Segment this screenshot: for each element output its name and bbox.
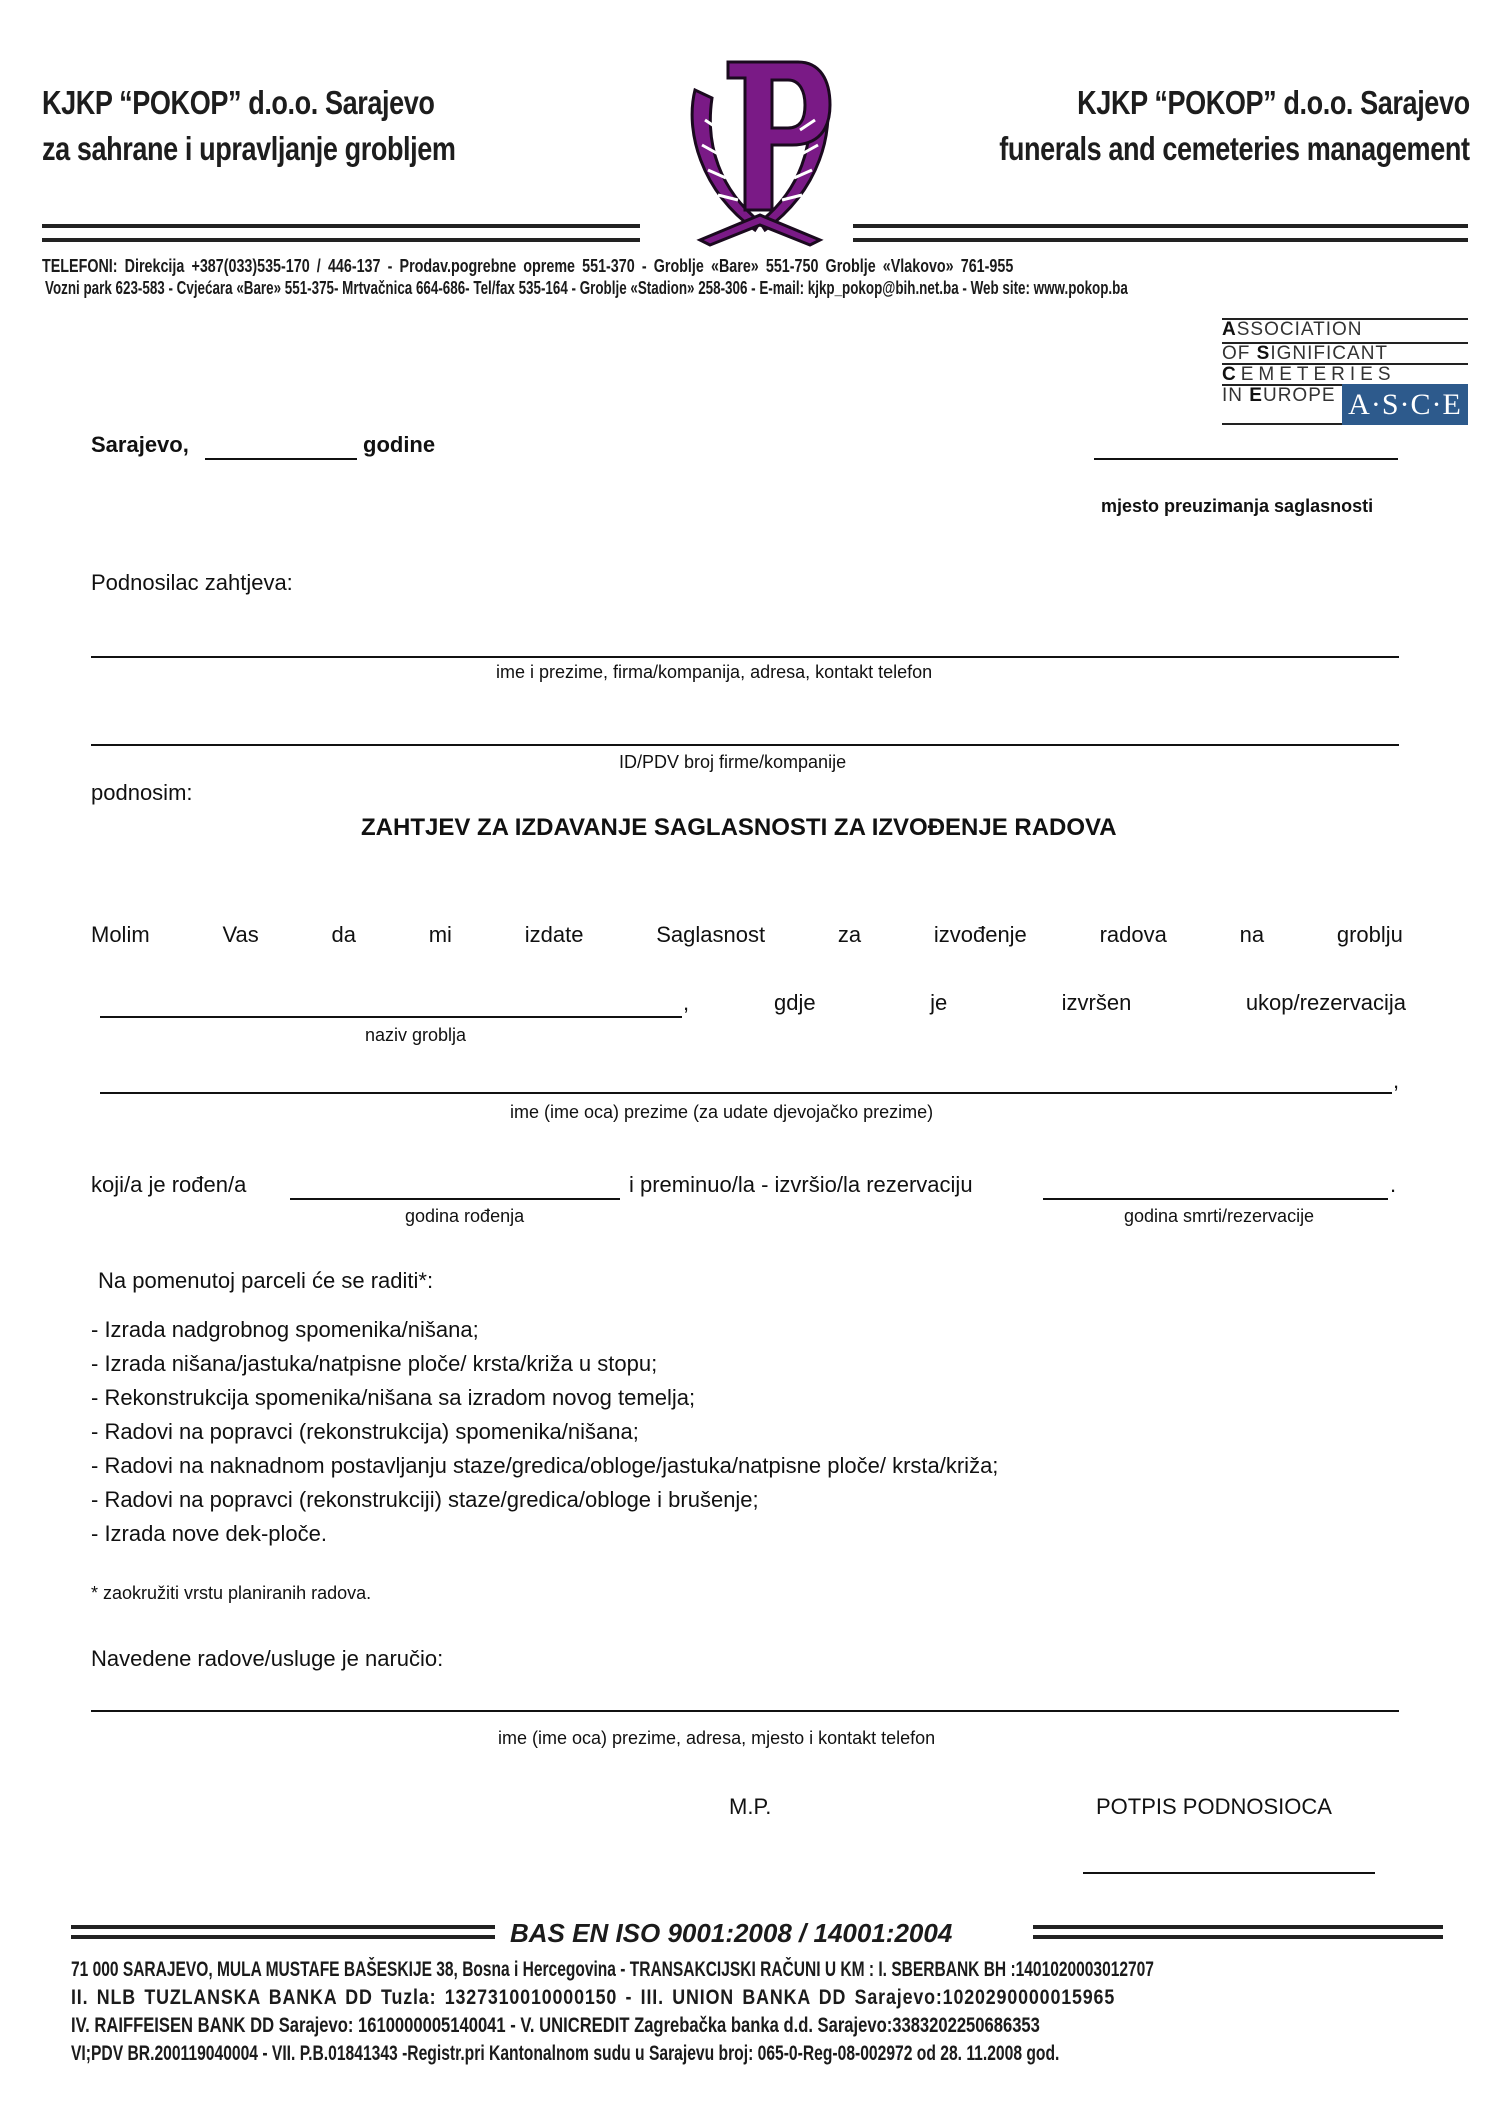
signature-field[interactable] — [1083, 1872, 1375, 1874]
asce-text: IN — [1222, 385, 1249, 406]
footer-bank-line-3: IV. RAIFFEISEN BANK DD Sarajevo: 1610000… — [71, 2014, 1040, 2038]
work-option[interactable]: - Radovi na naknadnom postavljanju staze… — [91, 1449, 998, 1483]
birth-year-field[interactable] — [290, 1198, 620, 1200]
asce-badge: A·S·C·E — [1342, 384, 1468, 425]
id-pdv-caption: ID/PDV broj firme/kompanije — [619, 752, 846, 773]
stamp-label: M.P. — [729, 1794, 771, 1820]
died-label: i preminuo/la - izvršio/la rezervaciju — [629, 1172, 973, 1198]
works-note: * zaokružiti vrstu planiranih radova. — [91, 1583, 371, 1604]
place-caption: mjesto preuzimanja saglasnosti — [1101, 496, 1373, 517]
applicant-label: Podnosilac zahtjeva: — [91, 570, 293, 596]
request-word: izdate — [525, 922, 584, 948]
asce-text: UROPE — [1263, 385, 1336, 406]
date-field[interactable] — [205, 458, 357, 460]
asce-badge-text: A·S·C·E — [1348, 388, 1462, 421]
end-period: . — [1390, 1172, 1396, 1198]
contact-info-line: Vozni park 623-583 - Cvjećara «Bare» 551… — [45, 278, 1128, 299]
request-word: na — [1240, 922, 1264, 948]
company-name-right: KJKP “POKOP” d.o.o. Sarajevo — [1077, 84, 1470, 122]
footer-address: 71 000 SARAJEVO, MULA MUSTAFE BAŠESKIJE … — [71, 1958, 1154, 1982]
request-word: da — [331, 922, 355, 948]
company-subtitle-right: funerals and cemeteries management — [1000, 130, 1470, 168]
burial-word: ukop/rezervacija — [1246, 990, 1406, 1016]
submit-label: podnosim: — [91, 780, 193, 806]
request-word: groblju — [1337, 922, 1403, 948]
cemetery-name-field[interactable] — [100, 1016, 682, 1018]
asce-logo: ASSOCIATION OF SIGNIFICANT CEMETERIES IN… — [1222, 312, 1468, 430]
footer-rule-right-1 — [1033, 1925, 1443, 1929]
year-suffix: godine — [363, 432, 435, 458]
work-option[interactable]: - Radovi na popravci (rekonstrukcija) sp… — [91, 1415, 998, 1449]
request-word: radova — [1100, 922, 1167, 948]
signature-label: POTPIS PODNOSIOCA — [1096, 1794, 1332, 1820]
ordered-label: Navedene radove/usluge je naručio: — [91, 1646, 443, 1672]
footer-rule-right-2 — [1033, 1935, 1443, 1939]
footer-bank-line-2: II. NLB TUZLANSKA BANKA DD Tuzla: 132731… — [71, 1986, 1115, 2010]
request-word: za — [838, 922, 861, 948]
asce-initial: E — [1249, 385, 1263, 406]
birth-caption: godina rođenja — [405, 1206, 524, 1227]
applicant-field[interactable] — [91, 656, 1399, 658]
burial-word: izvršen — [1062, 990, 1132, 1016]
death-year-field[interactable] — [1043, 1198, 1388, 1200]
asce-initial: S — [1257, 343, 1271, 364]
death-caption: godina smrti/rezervacije — [1124, 1206, 1314, 1227]
request-sentence: Molim Vas da mi izdate Saglasnost za izv… — [91, 922, 1403, 948]
request-word: izvođenje — [934, 922, 1027, 948]
pokop-logo-icon — [660, 50, 860, 250]
asce-text: IGNIFICANT — [1270, 343, 1388, 364]
company-name-left: KJKP “POKOP” d.o.o. Sarajevo — [42, 84, 435, 122]
ordered-by-field[interactable] — [91, 1710, 1399, 1712]
ordered-caption: ime (ime oca) prezime, adresa, mjesto i … — [498, 1728, 935, 1749]
asce-initial: C — [1222, 364, 1241, 385]
work-option[interactable]: - Rekonstrukcija spomenika/nišana sa izr… — [91, 1381, 998, 1415]
company-subtitle-left: za sahrane i upravljanje grobljem — [42, 130, 456, 168]
burial-word: gdje — [774, 990, 816, 1016]
work-option[interactable]: - Izrada nove dek-ploče. — [91, 1517, 998, 1551]
header-rule-right-1 — [853, 224, 1468, 228]
footer-registration: VI;PDV BR.200119040004 - VII. P.B.018413… — [71, 2042, 1059, 2066]
footer-rule-left-2 — [71, 1935, 495, 1939]
form-title: ZAHTJEV ZA IZDAVANJE SAGLASNOSTI ZA IZVO… — [361, 814, 1117, 842]
place-field[interactable] — [1094, 458, 1398, 460]
born-label: koji/a je rođen/a — [91, 1172, 246, 1198]
request-word: Saglasnost — [656, 922, 765, 948]
deceased-caption: ime (ime oca) prezime (za udate djevojač… — [510, 1102, 933, 1123]
cemetery-caption: naziv groblja — [365, 1025, 466, 1046]
asce-text: SSOCIATION — [1237, 319, 1363, 340]
works-list: - Izrada nadgrobnog spomenika/nišana; - … — [91, 1313, 998, 1551]
header-rule-right-2 — [853, 238, 1468, 242]
cemetery-comma: , — [683, 990, 689, 1016]
work-option[interactable]: - Radovi na popravci (rekonstrukciji) st… — [91, 1483, 998, 1517]
work-option[interactable]: - Izrada nišana/jastuka/natpisne ploče/ … — [91, 1347, 998, 1381]
asce-text: EMETERIES — [1241, 364, 1396, 385]
deceased-name-field[interactable] — [100, 1092, 1392, 1094]
deceased-comma: , — [1393, 1068, 1399, 1094]
asce-initial: A — [1222, 319, 1237, 340]
id-pdv-field[interactable] — [91, 744, 1399, 746]
contact-phones-line: TELEFONI: Direkcija +387(033)535-170 / 4… — [42, 256, 1013, 277]
asce-text: OF — [1222, 343, 1257, 364]
applicant-caption: ime i prezime, firma/kompanija, adresa, … — [496, 662, 932, 683]
request-word: Molim — [91, 922, 150, 948]
request-word: Vas — [222, 922, 258, 948]
burial-word: je — [930, 990, 947, 1016]
works-label: Na pomenutoj parceli će se raditi*: — [98, 1268, 433, 1294]
request-word: mi — [429, 922, 452, 948]
burial-sentence: gdje je izvršen ukop/rezervacija — [774, 990, 1406, 1016]
footer-rule-left-1 — [71, 1925, 495, 1929]
iso-certification: BAS EN ISO 9001:2008 / 14001:2004 — [510, 1918, 952, 1949]
header-rule-left-2 — [42, 238, 640, 242]
city-label: Sarajevo, — [91, 432, 189, 458]
header-rule-left-1 — [42, 224, 640, 228]
work-option[interactable]: - Izrada nadgrobnog spomenika/nišana; — [91, 1313, 998, 1347]
